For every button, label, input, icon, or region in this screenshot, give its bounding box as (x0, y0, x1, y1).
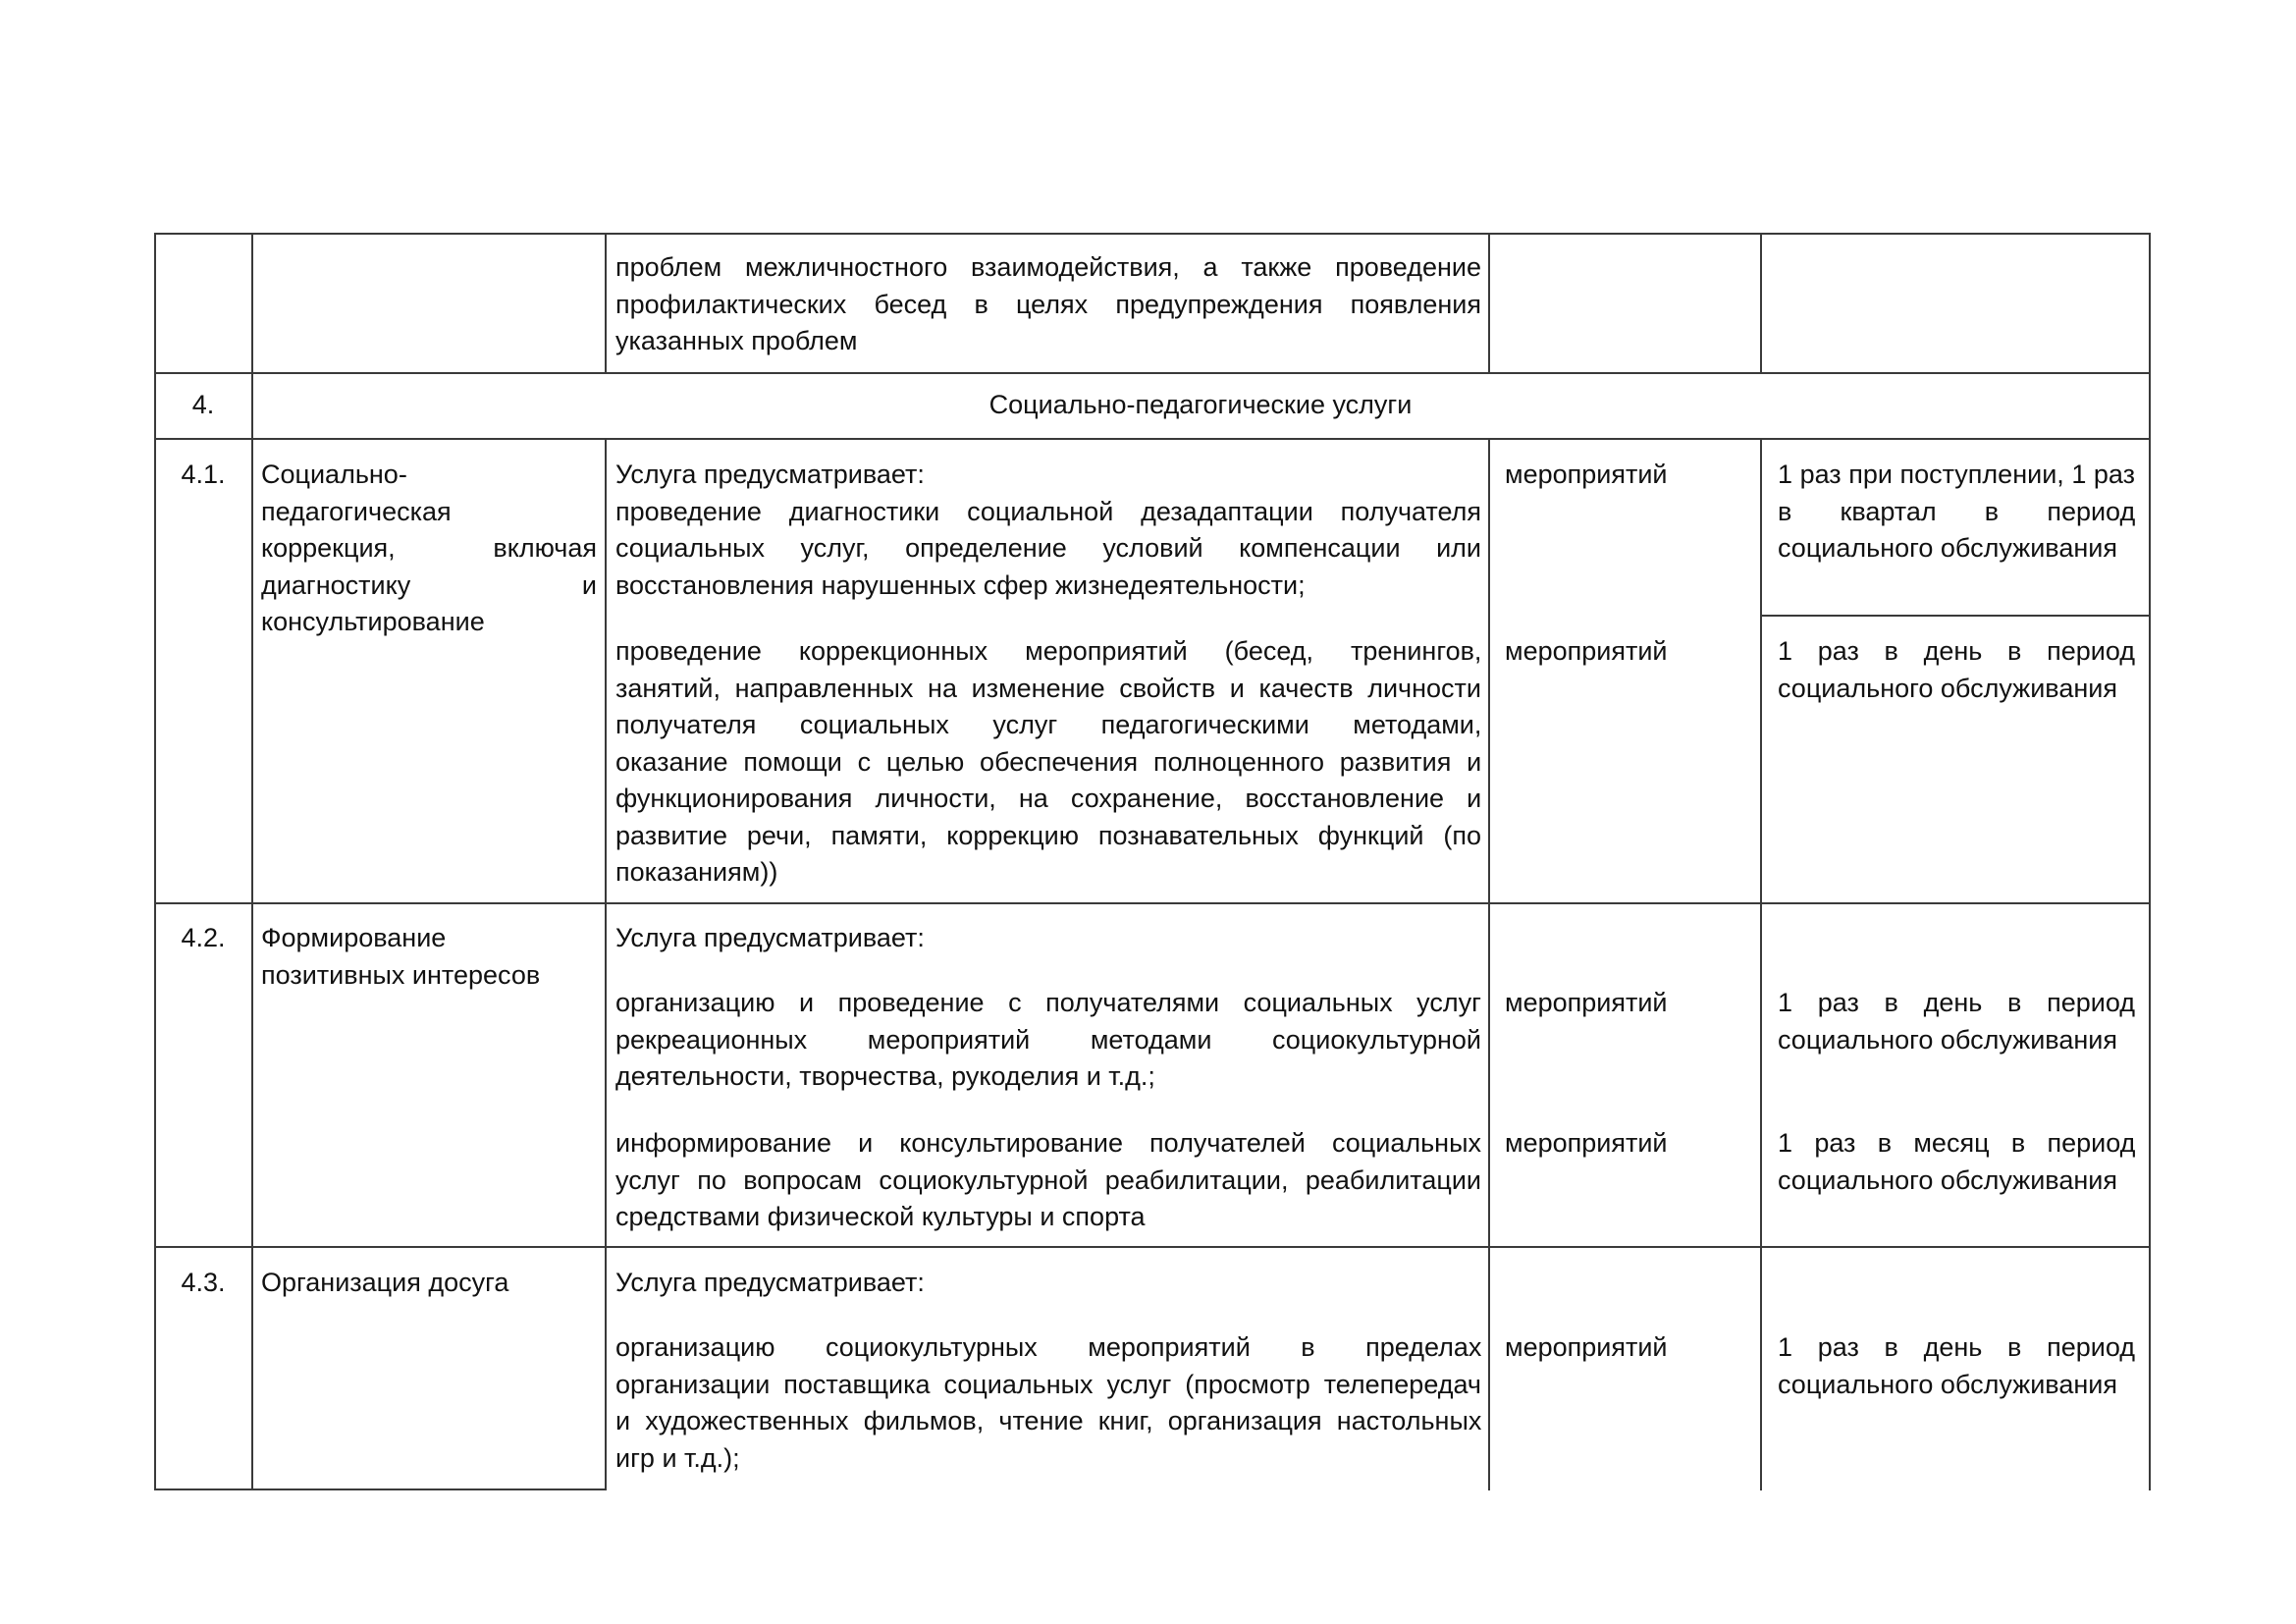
intro-line: Услуга предусматривает: (615, 920, 1481, 957)
frequency-cell: 1 раз при поступлении, 1 раз в квартал в… (1778, 457, 2135, 568)
col-divider-4 (1760, 438, 1762, 1490)
intro-line: Услуга предусматривает: (615, 1265, 1481, 1302)
text-line: профилактических бесед в целях предупреж… (615, 287, 1481, 324)
text-line: услуг по вопросам социокультурной реабил… (615, 1163, 1481, 1200)
text-line: 1 раз в месяц в период (1778, 1125, 2135, 1163)
service-name: Социально- педагогическая коррекция, вкл… (261, 457, 597, 641)
col-divider-2 (605, 438, 607, 1490)
row-divider (154, 372, 2150, 374)
text-line: 1 раз в день в период (1778, 633, 2135, 671)
text-line: организацию и проведение с получателями … (615, 985, 1481, 1022)
text-line: социального обслуживания (1778, 1022, 2135, 1059)
col-divider-2 (605, 233, 607, 373)
text-line: информирование и консультирование получа… (615, 1125, 1481, 1163)
text-line: развитие речи, памяти, коррекцию познава… (615, 818, 1481, 855)
service-description: организацию социокультурных мероприятий … (615, 1329, 1481, 1477)
text-line: диагностику и (261, 568, 597, 605)
row-number: 4.1. (155, 457, 251, 494)
unit-cell: мероприятий (1505, 633, 1750, 671)
unit-cell: мероприятий (1505, 1329, 1750, 1367)
row-divider (154, 1246, 2150, 1248)
intro-line: Услуга предусматривает: (615, 457, 1481, 494)
frequency-cell: 1 раз в день в период социального обслуж… (1778, 1329, 2135, 1403)
text-line: социального обслуживания (1778, 1367, 2135, 1404)
frequency-cell: 1 раз в день в период социального обслуж… (1778, 985, 2135, 1058)
text-line: социального обслуживания (1778, 530, 2135, 568)
col-divider-4 (1760, 233, 1762, 373)
frequency-cell: 1 раз в месяц в период социального обслу… (1778, 1125, 2135, 1199)
text-line: в квартал в период (1778, 494, 2135, 531)
text-line: проведение диагностики социальной дезада… (615, 494, 1481, 531)
row-divider (154, 902, 2150, 904)
row-number: 4.3. (155, 1265, 251, 1302)
text-line: организации поставщика социальных услуг … (615, 1367, 1481, 1404)
row-number: 4.2. (155, 920, 251, 957)
text-line: игр и т.д.); (615, 1440, 1481, 1478)
text-line: педагогическая (261, 494, 597, 531)
frequency-cell: 1 раз в день в период социального обслуж… (1778, 633, 2135, 707)
sub-row-divider (1760, 615, 2150, 617)
text-line: функционирования личности, на сохранение… (615, 781, 1481, 818)
text-line: 1 раз в день в период (1778, 1329, 2135, 1367)
service-name: Формирование позитивных интересов (261, 920, 597, 994)
row-divider (154, 438, 2150, 440)
text-line: Организация досуга (261, 1265, 597, 1302)
text-line: коррекция, включая (261, 530, 597, 568)
text-line: оказание помощи с целью обеспечения полн… (615, 744, 1481, 782)
text-line: 1 раз в день в период (1778, 985, 2135, 1022)
section-title: Социально-педагогические услуги (252, 387, 2149, 424)
continuation-description: проблем межличностного взаимодействия, а… (615, 249, 1481, 360)
service-description: Услуга предусматривает: (615, 920, 1481, 957)
text-line: позитивных интересов (261, 957, 597, 995)
service-description: Услуга предусматривает: (615, 1265, 1481, 1302)
service-description: организацию и проведение с получателями … (615, 985, 1481, 1096)
section-number: 4. (155, 387, 251, 424)
text-line: показаниям)) (615, 854, 1481, 892)
text-line: социального обслуживания (1778, 1163, 2135, 1200)
text-line: проблем межличностного взаимодействия, а… (615, 249, 1481, 287)
unit-cell: мероприятий (1505, 985, 1750, 1022)
text-line: деятельности, творчества, рукоделия и т.… (615, 1058, 1481, 1096)
text-line: социальных услуг, определение условий ко… (615, 530, 1481, 568)
text-line: консультирование (261, 604, 597, 641)
text-line: Формирование (261, 920, 597, 957)
text-line: средствами физической культуры и спорта (615, 1199, 1481, 1236)
service-description: информирование и консультирование получа… (615, 1125, 1481, 1236)
unit-cell: мероприятий (1505, 1125, 1750, 1163)
text-line: проведение коррекционных мероприятий (бе… (615, 633, 1481, 671)
text-line: социального обслуживания (1778, 671, 2135, 708)
table-right-border (2149, 233, 2151, 1490)
text-line: занятий, направленных на изменение свойс… (615, 671, 1481, 708)
text-line: 1 раз при поступлении, 1 раз (1778, 457, 2135, 494)
text-line: получателя социальных услуг педагогическ… (615, 707, 1481, 744)
text-line: и художественных фильмов, чтение книг, о… (615, 1403, 1481, 1440)
unit-cell: мероприятий (1505, 457, 1750, 494)
service-name: Организация досуга (261, 1265, 597, 1302)
service-description: проведение коррекционных мероприятий (бе… (615, 633, 1481, 892)
text-line: восстановления нарушенных сфер жизнедеят… (615, 568, 1481, 605)
text-line: указанных проблем (615, 323, 1481, 360)
col-divider-3 (1488, 438, 1490, 1490)
text-line: Социально- (261, 457, 597, 494)
table-bottom-border-partial (154, 1489, 605, 1490)
col-divider-3 (1488, 233, 1490, 373)
table-top-border (154, 233, 2150, 235)
service-description: Услуга предусматривает: проведение диагн… (615, 457, 1481, 604)
text-line: рекреационных мероприятий методами социо… (615, 1022, 1481, 1059)
text-line: организацию социокультурных мероприятий … (615, 1329, 1481, 1367)
